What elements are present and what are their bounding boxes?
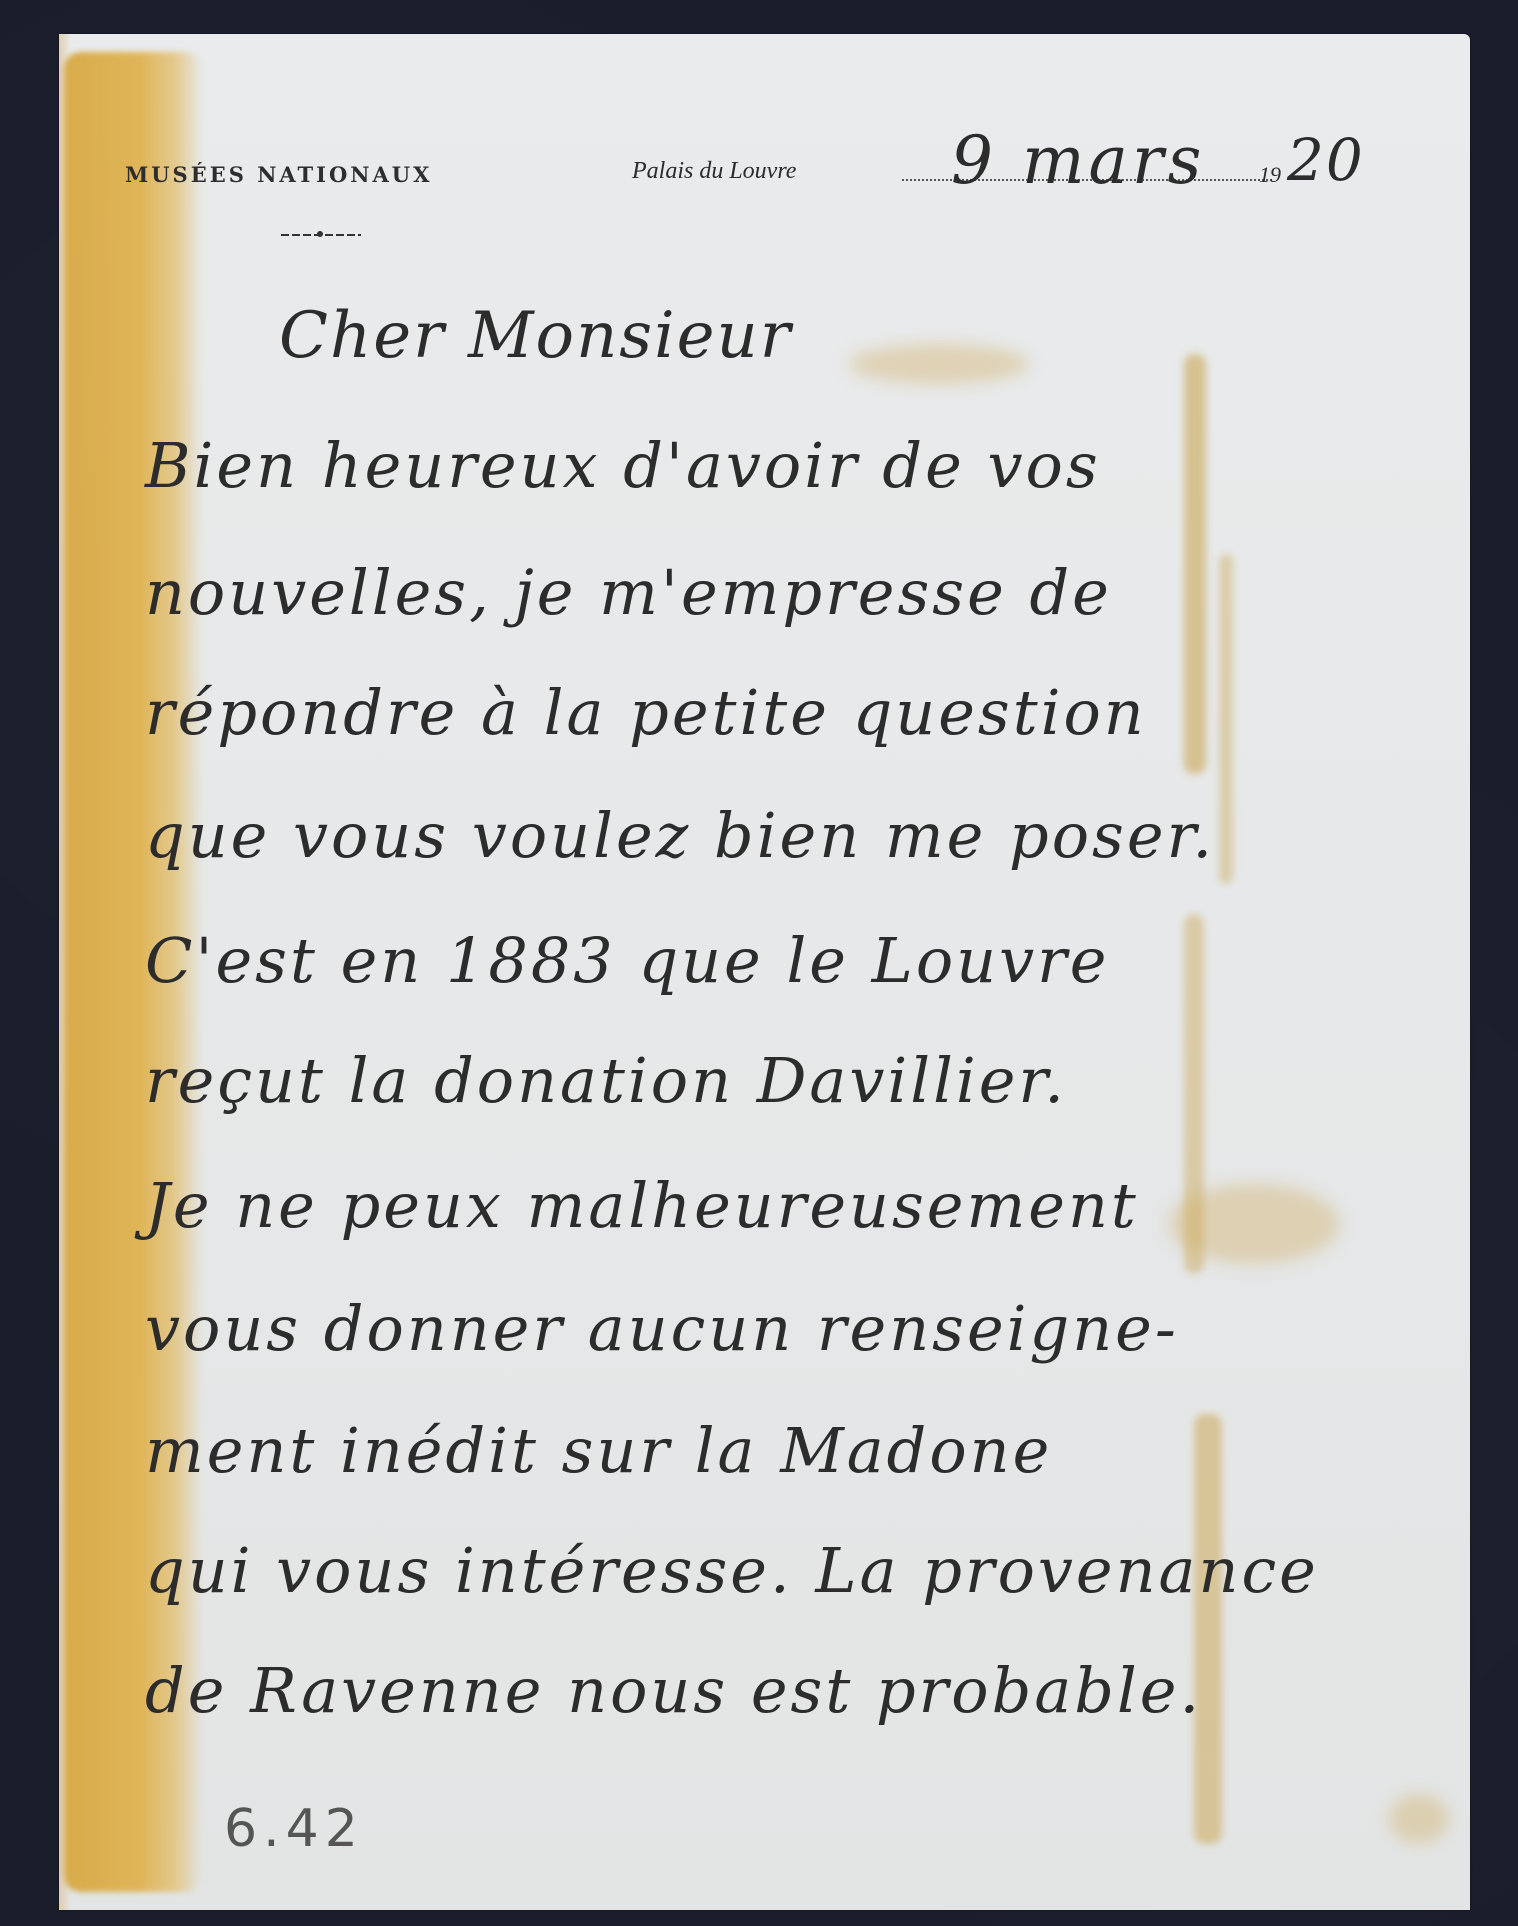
stain-blot [1389,1794,1449,1844]
body-line: ment inédit sur la Madone [145,1414,1052,1487]
body-line: reçut la donation Davillier. [145,1044,1067,1117]
body-line: Bien heureux d'avoir de vos [145,429,1101,502]
archive-number: 6.42 [224,1799,364,1859]
stain-streak [1219,554,1233,884]
letterhead-place: Palais du Louvre [632,158,796,185]
letterhead-year-prefix: 19 [1259,162,1281,188]
letterhead-divider-ornament [317,231,323,237]
stain-streak [1194,1414,1222,1844]
body-line: de Ravenne nous est probable. [145,1654,1202,1727]
body-line: que vous voulez bien me poser. [145,799,1215,872]
stain-blot [1169,1184,1339,1264]
left-edge-shadow [59,34,71,1910]
body-line: Je ne peux malheureusement [145,1169,1139,1242]
letterhead-institution: MUSÉES NATIONAUX [125,162,432,187]
handwritten-year: 20 [1287,126,1365,194]
body-line: vous donner aucun renseigne- [145,1292,1179,1365]
salutation: Cher Monsieur [279,299,792,373]
letter-sheet: MUSÉES NATIONAUX Palais du Louvre 19 9 m… [59,34,1470,1910]
stain-blot [849,344,1029,384]
stain-streak [1184,354,1206,774]
body-line: répondre à la petite question [145,676,1147,749]
body-line: qui vous intéresse. La provenance [145,1534,1319,1607]
handwritten-date: 9 mars [951,122,1205,199]
body-line: C'est en 1883 que le Louvre [145,924,1109,997]
body-line: nouvelles, je m'empresse de [145,556,1112,629]
